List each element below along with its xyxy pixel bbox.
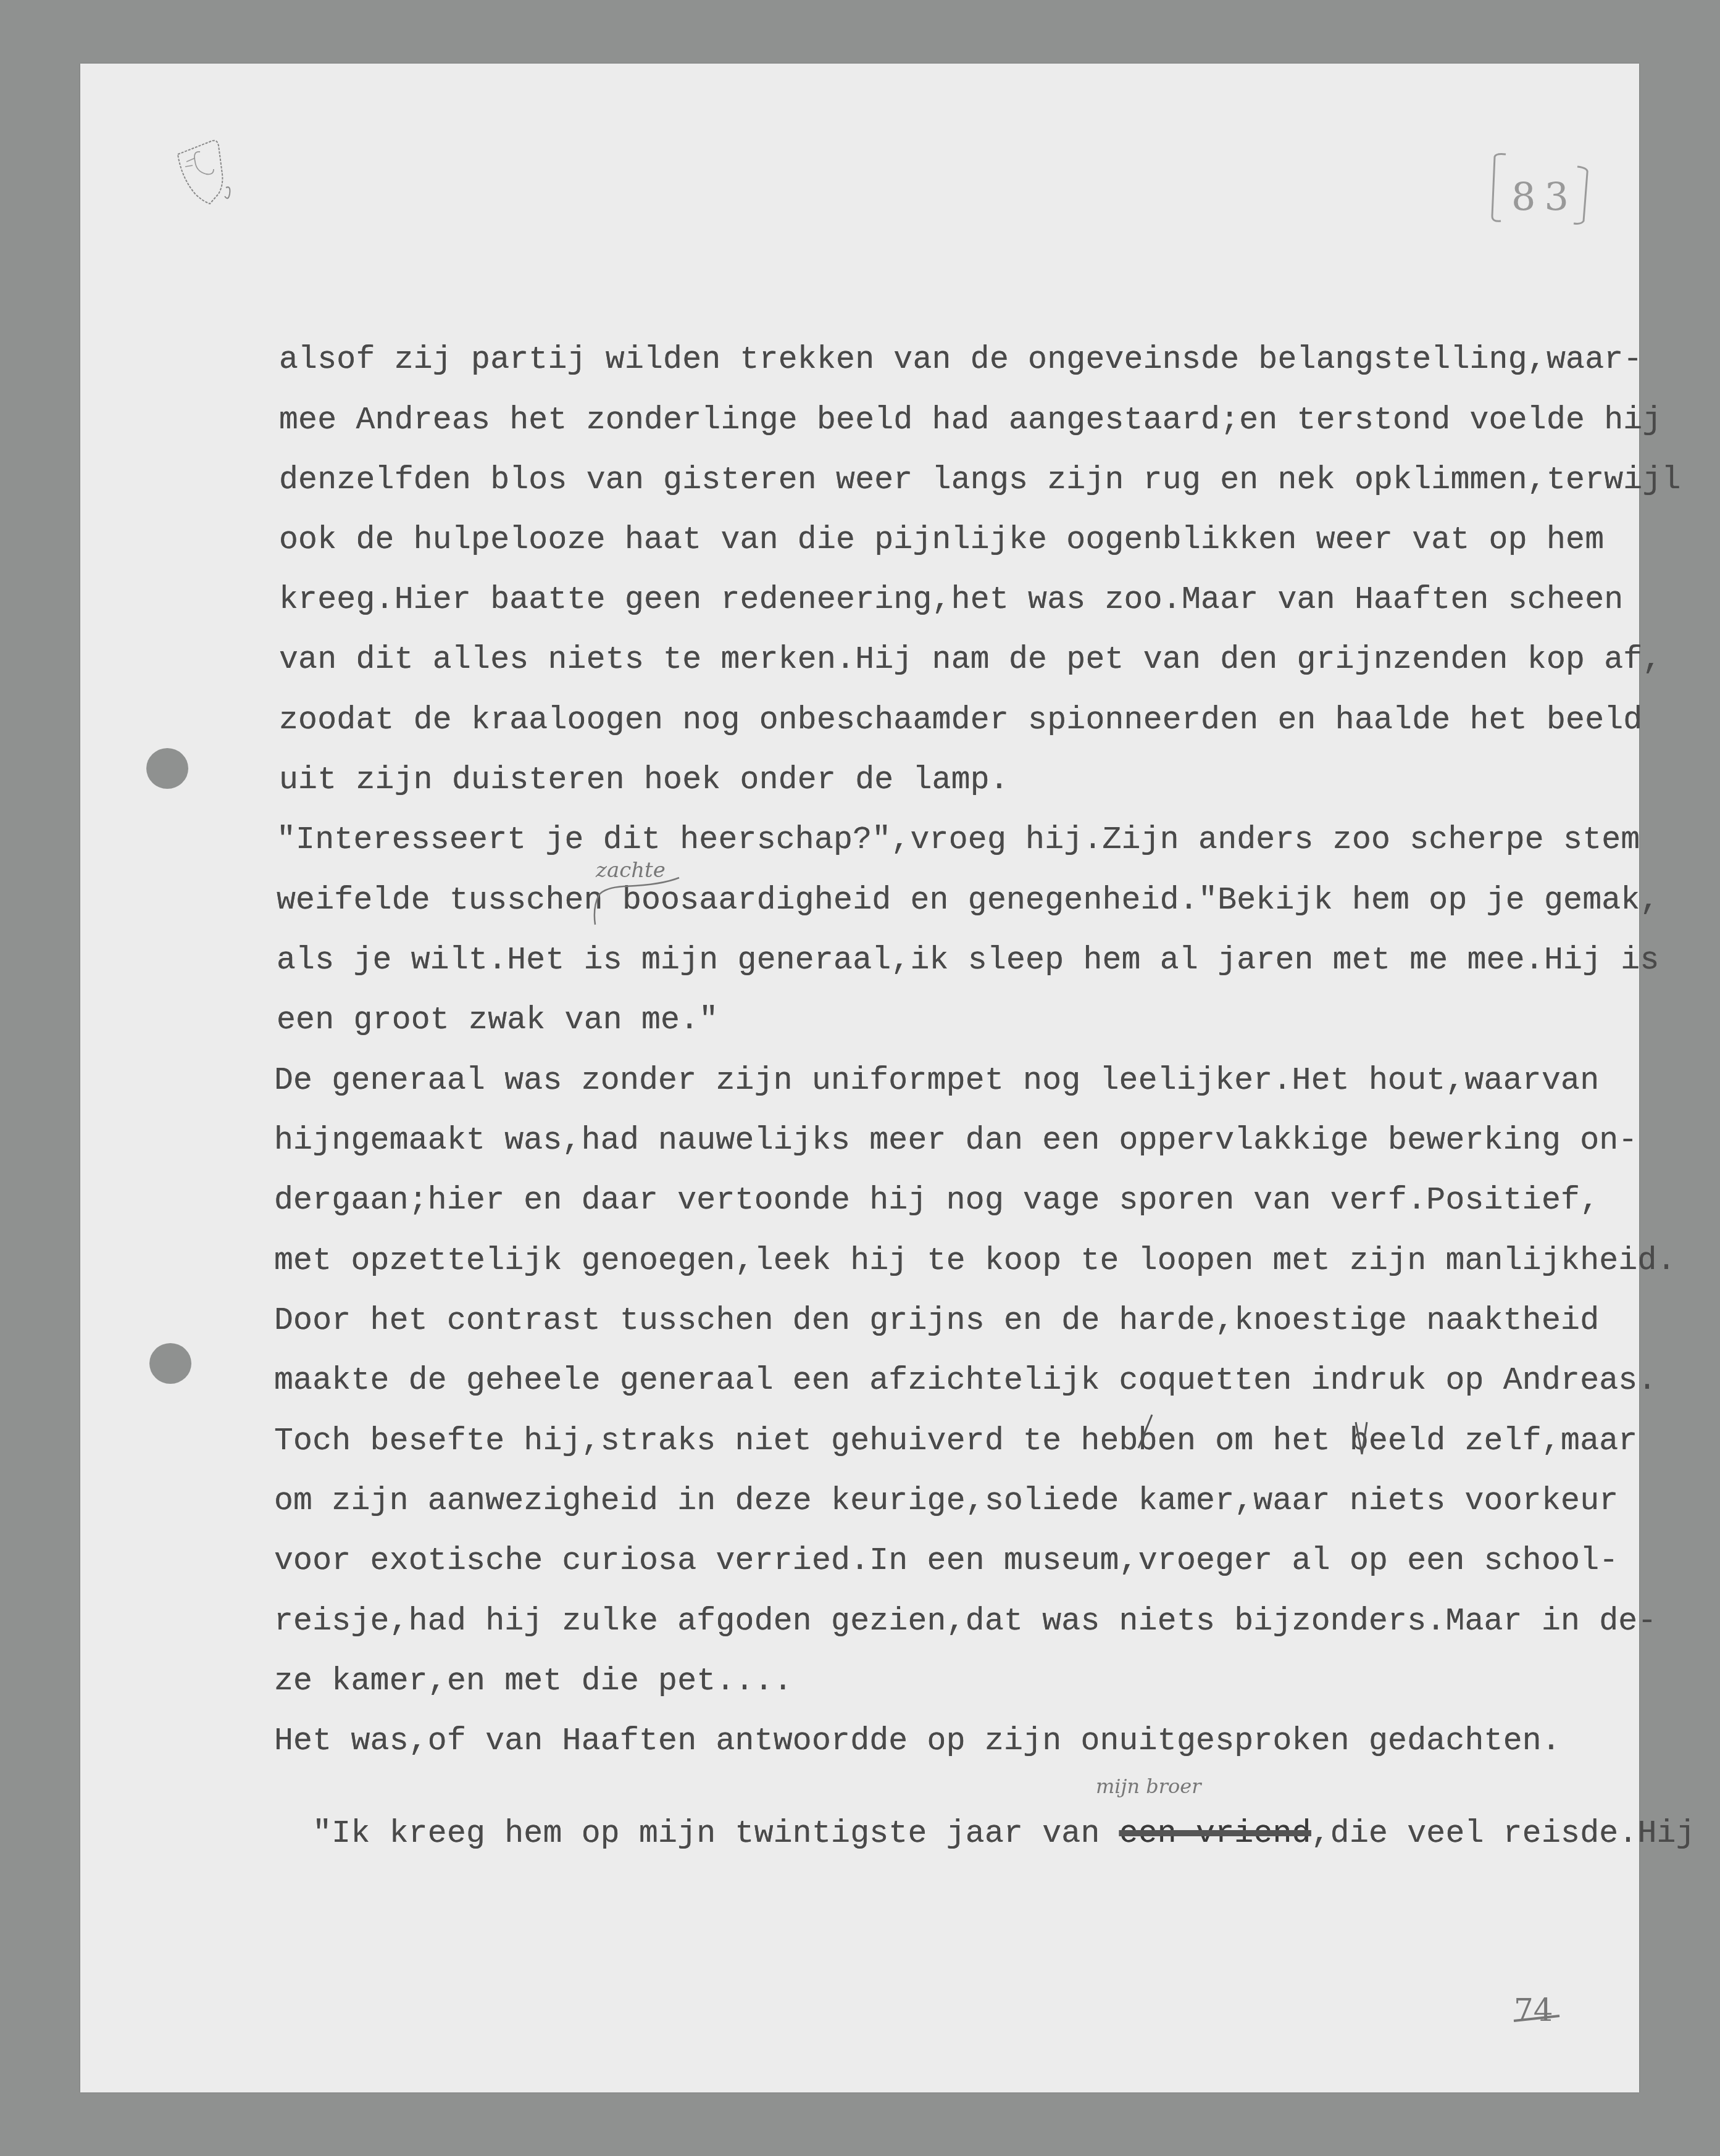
- text-line-10: weifelde tusschen boosaardigheid en gene…: [277, 885, 1659, 917]
- text-line-1: alsof zij partij wilden trekken van de o…: [279, 344, 1642, 377]
- text-line-23: ze kamer,en met die pet....: [274, 1666, 793, 1698]
- correction-space-mark: [1352, 1420, 1371, 1457]
- text-line-8: uit zijn duisteren hoek onder de lamp.: [279, 765, 1009, 797]
- text-line-18: maakte de geheele generaal een afzichtel…: [274, 1365, 1657, 1397]
- text-line-9: "Interesseert je dit heerschap?",vroeg h…: [277, 825, 1640, 857]
- text-line-6: van dit alles niets te merken.Hij nam de…: [279, 644, 1662, 676]
- text-line-22: reisje,had hij zulke afgoden gezien,dat …: [274, 1606, 1657, 1638]
- text-line-15: dergaan;hier en daar vertoonde hij nog v…: [274, 1185, 1599, 1217]
- text-line-5: kreeg.Hier baatte geen redeneering,het w…: [279, 585, 1623, 617]
- text-line-25: "Ik kreeg hem op mijn twintigste jaar va…: [274, 1786, 1695, 1850]
- text-line-4: ook de hulpelooze haat van die pijnlijke…: [279, 525, 1604, 557]
- text-line-25-suffix: ,die veel reisde.Hij: [1311, 1816, 1695, 1852]
- punch-hole-top: [146, 748, 188, 789]
- archive-number-digits: 83: [1511, 174, 1577, 219]
- text-line-24: Het was,of van Haaften antwoordde op zij…: [274, 1726, 1561, 1758]
- correction-slash-coquetten: [1136, 1413, 1154, 1451]
- text-line-14: hijngemaakt was,had nauwelijks meer dan …: [274, 1125, 1637, 1157]
- page-number-underline: [1513, 2012, 1562, 2025]
- struck-out-text: een vriend: [1119, 1816, 1311, 1852]
- text-line-3: denzelfden blos van gisteren weer langs …: [279, 465, 1681, 497]
- text-line-20: om zijn aanwezigheid in deze keurige,sol…: [274, 1486, 1618, 1518]
- text-line-17: Door het contrast tusschen den grijns en…: [274, 1305, 1599, 1338]
- text-line-12: een groot zwak van me.": [277, 1005, 718, 1037]
- shield-stamp-icon: [174, 137, 242, 211]
- text-line-19: Toch besefte hij,straks niet gehuiverd t…: [274, 1426, 1637, 1458]
- text-line-11: als je wilt.Het is mijn generaal,ik slee…: [277, 945, 1659, 977]
- text-line-13: De generaal was zonder zijn uniformpet n…: [274, 1065, 1599, 1097]
- text-line-2: mee Andreas het zonderlinge beeld had aa…: [279, 405, 1662, 437]
- text-line-16: met opzettelijk genoegen,leek hij te koo…: [274, 1246, 1676, 1278]
- text-line-7: zoodat de kraaloogen nog onbeschaamder s…: [279, 705, 1642, 737]
- insertion-mijn-broer: mijn broer: [1096, 1775, 1201, 1798]
- text-line-21: voor exotische curiosa verried.In een mu…: [274, 1546, 1618, 1578]
- insertion-caret-mark: [587, 876, 685, 926]
- punch-hole-bottom: [149, 1343, 191, 1384]
- text-line-25-prefix: "Ik kreeg hem op mijn twintigste jaar va…: [312, 1816, 1119, 1852]
